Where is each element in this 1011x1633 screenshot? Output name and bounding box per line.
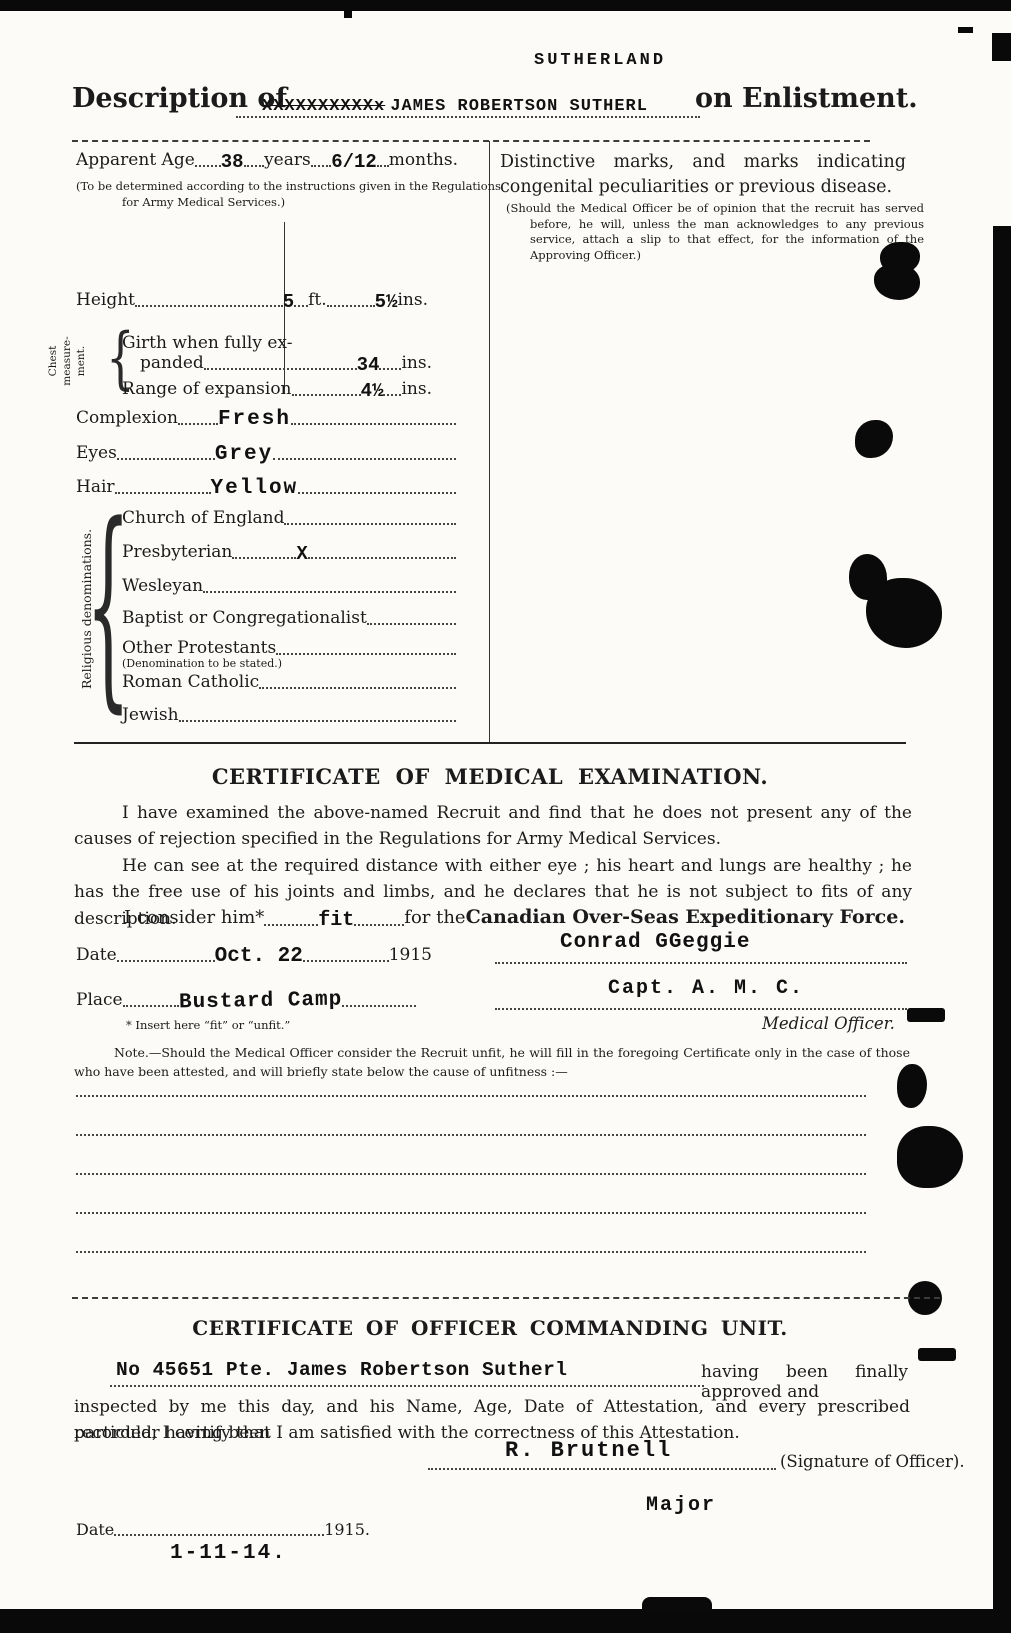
consider-for-label: for the <box>404 907 465 929</box>
commanding-officer-rank: Major <box>646 1496 716 1516</box>
leader <box>294 305 308 307</box>
other-protestants-note: (Denomination to be stated.) <box>122 657 282 670</box>
leader <box>303 960 389 962</box>
leader <box>123 1005 179 1007</box>
height-ft-value: 5 <box>283 293 294 312</box>
leader <box>117 960 215 962</box>
range-label: Range of expansion <box>122 379 292 399</box>
blank-line <box>76 1173 866 1175</box>
ft-label: ft. <box>308 290 327 310</box>
leader <box>308 557 456 559</box>
months-label: months. <box>389 150 458 170</box>
insert-fit-note: * Insert here “fit” or “unfit.” <box>126 1018 290 1034</box>
leader <box>264 924 318 926</box>
consider-label: I consider him* <box>124 907 264 929</box>
chest-measurement-side-label: Chest measure- ment. <box>46 328 112 394</box>
leader <box>178 423 218 425</box>
commanding-date-typed: 1-11-14. <box>170 1543 287 1564</box>
blank-line <box>76 1251 866 1253</box>
girth-unit: ins. <box>401 353 432 373</box>
leader <box>292 394 361 396</box>
regimental-number-name-typed: No 45651 Pte. James Robertson Sutherl <box>116 1361 567 1381</box>
box-column-divider <box>489 141 490 742</box>
apparent-age-years-value: 38 <box>221 153 244 172</box>
leader <box>284 523 456 525</box>
medical-officer-caption: Medical Officer. <box>762 1014 895 1033</box>
leader <box>117 458 215 460</box>
leader <box>276 653 456 655</box>
leader <box>273 458 456 460</box>
leader <box>342 1005 416 1007</box>
blank-line <box>76 1134 866 1136</box>
range-unit: ins. <box>401 379 432 399</box>
denomination-baptist-congregationalist: Baptist or Congregationalist <box>122 608 367 628</box>
ink-blot <box>874 264 920 300</box>
eyes-value: Grey <box>215 444 273 465</box>
medical-certificate-heading: CERTIFICATE OF MEDICAL EXAMINATION. <box>72 764 908 789</box>
leader <box>327 305 375 307</box>
medical-paragraph-1: I have examined the above-named Recruit … <box>74 800 912 853</box>
commanding-body-line3: recorded, I certify that I am satisfied … <box>74 1423 794 1443</box>
leader <box>203 591 456 593</box>
range-value: 4½ <box>361 382 384 401</box>
apparent-age-note: (To be determined according to the instr… <box>76 179 518 210</box>
girth-label-line1: Girth when fully ex- <box>122 333 292 353</box>
signature-line <box>495 1008 907 1010</box>
girth-value: 34 <box>357 356 380 375</box>
ins-label: ins. <box>397 290 428 310</box>
recruit-name-typed: JAMES ROBERTSON SUTHERL <box>390 97 648 116</box>
box-top-border <box>72 140 870 142</box>
form-title-suffix: on Enlistment. <box>695 83 918 114</box>
force-name: Canadian Over-Seas Expeditionary Force. <box>466 906 905 929</box>
hair-value: Yellow <box>211 478 299 499</box>
ink-blot <box>918 1348 956 1361</box>
leader <box>179 720 456 722</box>
name-struck-out: XXXXXXXXXXx <box>262 97 385 116</box>
form-title-prefix: Description of <box>72 83 287 114</box>
leader <box>232 557 296 559</box>
blank-line <box>76 1095 866 1097</box>
distinctive-marks-note: (Should the Medical Officer be of opinio… <box>506 201 924 263</box>
medical-date-year: 1915 <box>389 945 432 965</box>
denomination-jewish: Jewish <box>122 705 179 725</box>
scan-edge-top <box>0 0 1011 11</box>
height-label: Height <box>76 290 135 310</box>
years-label: years <box>264 150 311 170</box>
leader <box>195 165 221 167</box>
medical-date-label: Date <box>76 945 117 965</box>
leader <box>291 423 456 425</box>
signature-line <box>428 1468 776 1470</box>
name-underline <box>110 1385 704 1387</box>
denomination-church-of-england: Church of England <box>122 508 284 528</box>
leader <box>383 394 401 396</box>
scan-edge-bottom <box>0 1609 1011 1633</box>
leader <box>379 368 401 370</box>
scan-edge-right <box>993 226 1011 1616</box>
surname-header: SUTHERLAND <box>534 52 666 69</box>
medical-officer-rank: Capt. A. M. C. <box>608 979 804 999</box>
commanding-certificate-heading: CERTIFICATE OF OFFICER COMMANDING UNIT. <box>72 1316 908 1340</box>
medical-officer-signature: Conrad GGeggie <box>560 932 750 953</box>
commanding-date-year: 1915. <box>324 1520 370 1539</box>
medical-unfit-note: Note.—Should the Medical Officer conside… <box>74 1044 910 1082</box>
section-divider <box>72 1297 940 1299</box>
denomination-other-protestants: Other Protestants <box>122 638 276 658</box>
apparent-age-months-value: 6/12 <box>331 153 377 172</box>
signature-of-officer-caption: (Signature of Officer). <box>780 1452 965 1471</box>
title-name-underline <box>236 116 700 118</box>
height-in-value: 5½ <box>375 293 398 312</box>
scan-speck <box>992 33 1011 61</box>
fitness-value: fit <box>318 911 354 931</box>
leader <box>244 165 264 167</box>
blank-line <box>76 1212 866 1214</box>
presbyterian-mark: X <box>296 545 307 564</box>
signature-line <box>495 962 907 964</box>
leader <box>354 924 404 926</box>
commanding-date-label: Date <box>76 1520 114 1539</box>
ink-blot <box>897 1126 963 1188</box>
denomination-wesleyan: Wesleyan <box>122 576 203 596</box>
leader <box>298 492 456 494</box>
ink-blot <box>866 578 942 648</box>
complexion-value: Fresh <box>218 409 291 430</box>
medical-place-label: Place <box>76 990 123 1010</box>
denomination-presbyterian: Presbyterian <box>122 542 232 562</box>
ink-blot <box>642 1597 712 1611</box>
leader <box>311 165 331 167</box>
eyes-label: Eyes <box>76 443 117 463</box>
attestation-form-scan: SUTHERLAND Description of XXXXXXXXXXx JA… <box>0 0 1011 1633</box>
ink-blot <box>855 420 893 458</box>
leader <box>135 305 283 307</box>
medical-place-value: Bustard Camp <box>178 990 342 1014</box>
leader <box>367 623 456 625</box>
leader <box>377 165 389 167</box>
leader <box>259 687 456 689</box>
distinctive-marks-heading: Distinctive marks, and marks indicating … <box>500 150 906 201</box>
scan-speck <box>958 27 973 33</box>
box-bottom-border <box>74 742 906 744</box>
leader <box>204 368 357 370</box>
apparent-age-label: Apparent Age <box>76 150 195 170</box>
girth-label-line2: panded <box>140 353 204 373</box>
commanding-officer-signature: R. Brutnell <box>505 1440 672 1462</box>
complexion-label: Complexion <box>76 408 178 428</box>
ink-blot <box>907 1008 945 1022</box>
scan-speck <box>344 11 352 18</box>
leader <box>114 1534 324 1536</box>
medical-date-value: Oct. 22 <box>215 946 303 967</box>
denomination-roman-catholic: Roman Catholic <box>122 672 259 692</box>
